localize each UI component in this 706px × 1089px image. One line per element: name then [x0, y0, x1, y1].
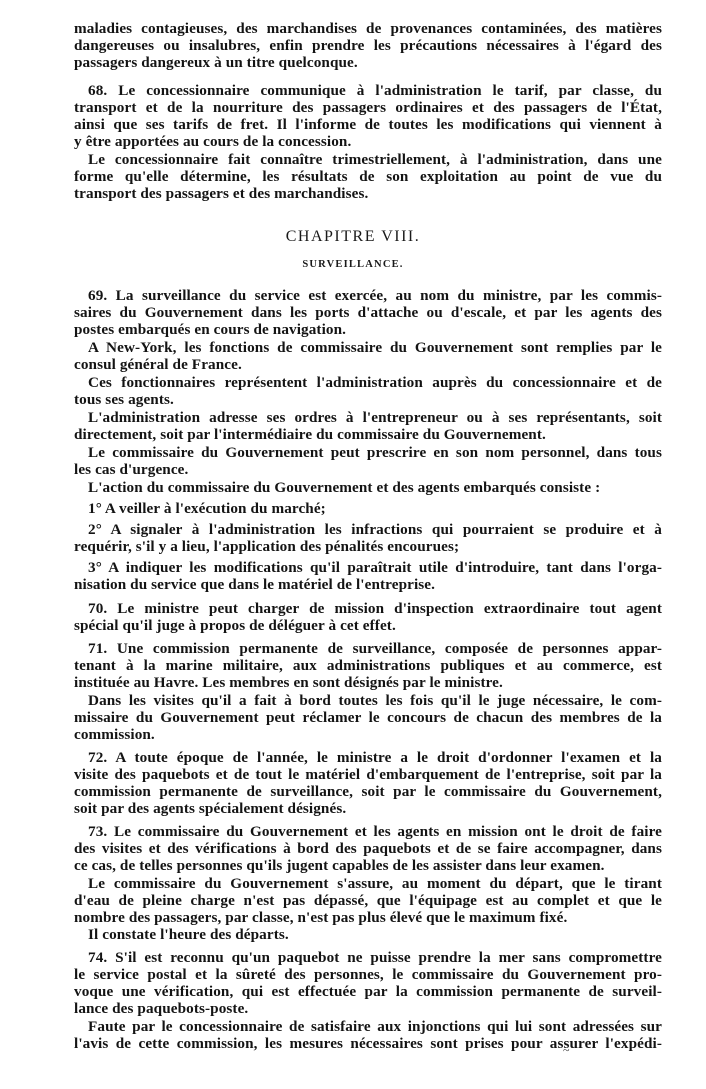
- text-line: Faute par le concessionnaire de satisfai…: [88, 1018, 662, 1035]
- text-line: forme qu'elle détermine, les résultats d…: [74, 168, 662, 185]
- text-line: directement, soit par l'intermédiaire du…: [74, 426, 662, 443]
- text-line: des visites et des vérifications à bord …: [74, 840, 662, 857]
- text-line: 69. La surveillance du service est exerc…: [88, 287, 662, 304]
- text-line: y être apportées au cours de la concessi…: [74, 133, 662, 150]
- text-line: 2° A signaler à l'administration les inf…: [88, 521, 662, 538]
- text-line: 71. Une commission permanente de surveil…: [88, 640, 662, 657]
- text-line: Il constate l'heure des départs.: [88, 926, 662, 943]
- text-line: transport des passagers et des marchandi…: [74, 185, 662, 202]
- text-line: soit par des agents spécialement désigné…: [74, 800, 662, 817]
- text-line: Ces fonctionnaires représentent l'admini…: [88, 374, 662, 391]
- text-line: spécial qu'il juge à propos de déléguer …: [74, 617, 662, 634]
- text-line: tenant à la marine militaire, aux admini…: [74, 657, 662, 674]
- text-line: l'avis de cette commission, les mesures …: [74, 1035, 662, 1052]
- text-line: les cas d'urgence.: [74, 461, 662, 478]
- text-line: commission.: [74, 726, 662, 743]
- text-line: L'administration adresse ses ordres à l'…: [88, 409, 662, 426]
- text-line: 3° A indiquer les modifications qu'il pa…: [88, 559, 662, 576]
- text-line: Le commissaire du Gouvernement peut pres…: [88, 444, 662, 461]
- chapter-title: CHAPITRE VIII.: [0, 228, 706, 246]
- text-line: commission permanente de surveillance, s…: [74, 783, 662, 800]
- text-line: le service postal et la sûreté des perso…: [74, 966, 662, 983]
- chapter-subtitle: SURVEILLANCE.: [0, 259, 706, 270]
- text-line: nombre des passagers, par classe, n'est …: [74, 909, 662, 926]
- text-line: consul général de France.: [74, 356, 662, 373]
- page-mark: ~: [563, 1043, 570, 1058]
- text-line: 1° A veiller à l'exécution du marché;: [88, 500, 662, 517]
- text-line: ce cas, de telles personnes qu'ils jugen…: [74, 857, 662, 874]
- text-line: 72. A toute époque de l'année, le minist…: [88, 749, 662, 766]
- text-line: Le commissaire du Gouvernement s'assure,…: [88, 875, 662, 892]
- text-line: d'eau de pleine charge n'est pas dépassé…: [74, 892, 662, 909]
- text-line: L'action du commissaire du Gouvernement …: [88, 479, 662, 496]
- text-line: visite des paquebots et de tout le matér…: [74, 766, 662, 783]
- text-line: saires du Gouvernement dans les ports d'…: [74, 304, 662, 321]
- text-line: 68. Le concessionnaire communique à l'ad…: [88, 82, 662, 99]
- document-page: maladies contagieuses, des marchandises …: [0, 0, 706, 1089]
- text-line: ainsi que ses tarifs de fret. Il l'infor…: [74, 116, 662, 133]
- text-line: 73. Le commissaire du Gouvernement et le…: [88, 823, 662, 840]
- text-line: transport et de la nourriture des passag…: [74, 99, 662, 116]
- text-line: 74. S'il est reconnu qu'un paquebot ne p…: [88, 949, 662, 966]
- text-line: missaire du Gouvernement peut réclamer l…: [74, 709, 662, 726]
- text-line: requérir, s'il y a lieu, l'application d…: [74, 538, 662, 555]
- text-line: passagers dangereux à un titre quelconqu…: [74, 54, 662, 71]
- text-line: dangereuses ou insalubres, enfin prendre…: [74, 37, 662, 54]
- text-line: postes embarqués en cours de navigation.: [74, 321, 662, 338]
- text-line: 70. Le ministre peut charger de mission …: [88, 600, 662, 617]
- text-line: voque une vérification, qui est effectué…: [74, 983, 662, 1000]
- text-line: lance des paquebots-poste.: [74, 1000, 662, 1017]
- text-line: tous ses agents.: [74, 391, 662, 408]
- text-line: nisation du service que dans le matériel…: [74, 576, 662, 593]
- text-line: Le concessionnaire fait connaître trimes…: [88, 151, 662, 168]
- text-line: Dans les visites qu'il a fait à bord tou…: [88, 692, 662, 709]
- text-line: maladies contagieuses, des marchandises …: [74, 20, 662, 37]
- text-line: A New-York, les fonctions de commissaire…: [88, 339, 662, 356]
- text-line: instituée au Havre. Les membres en sont …: [74, 674, 662, 691]
